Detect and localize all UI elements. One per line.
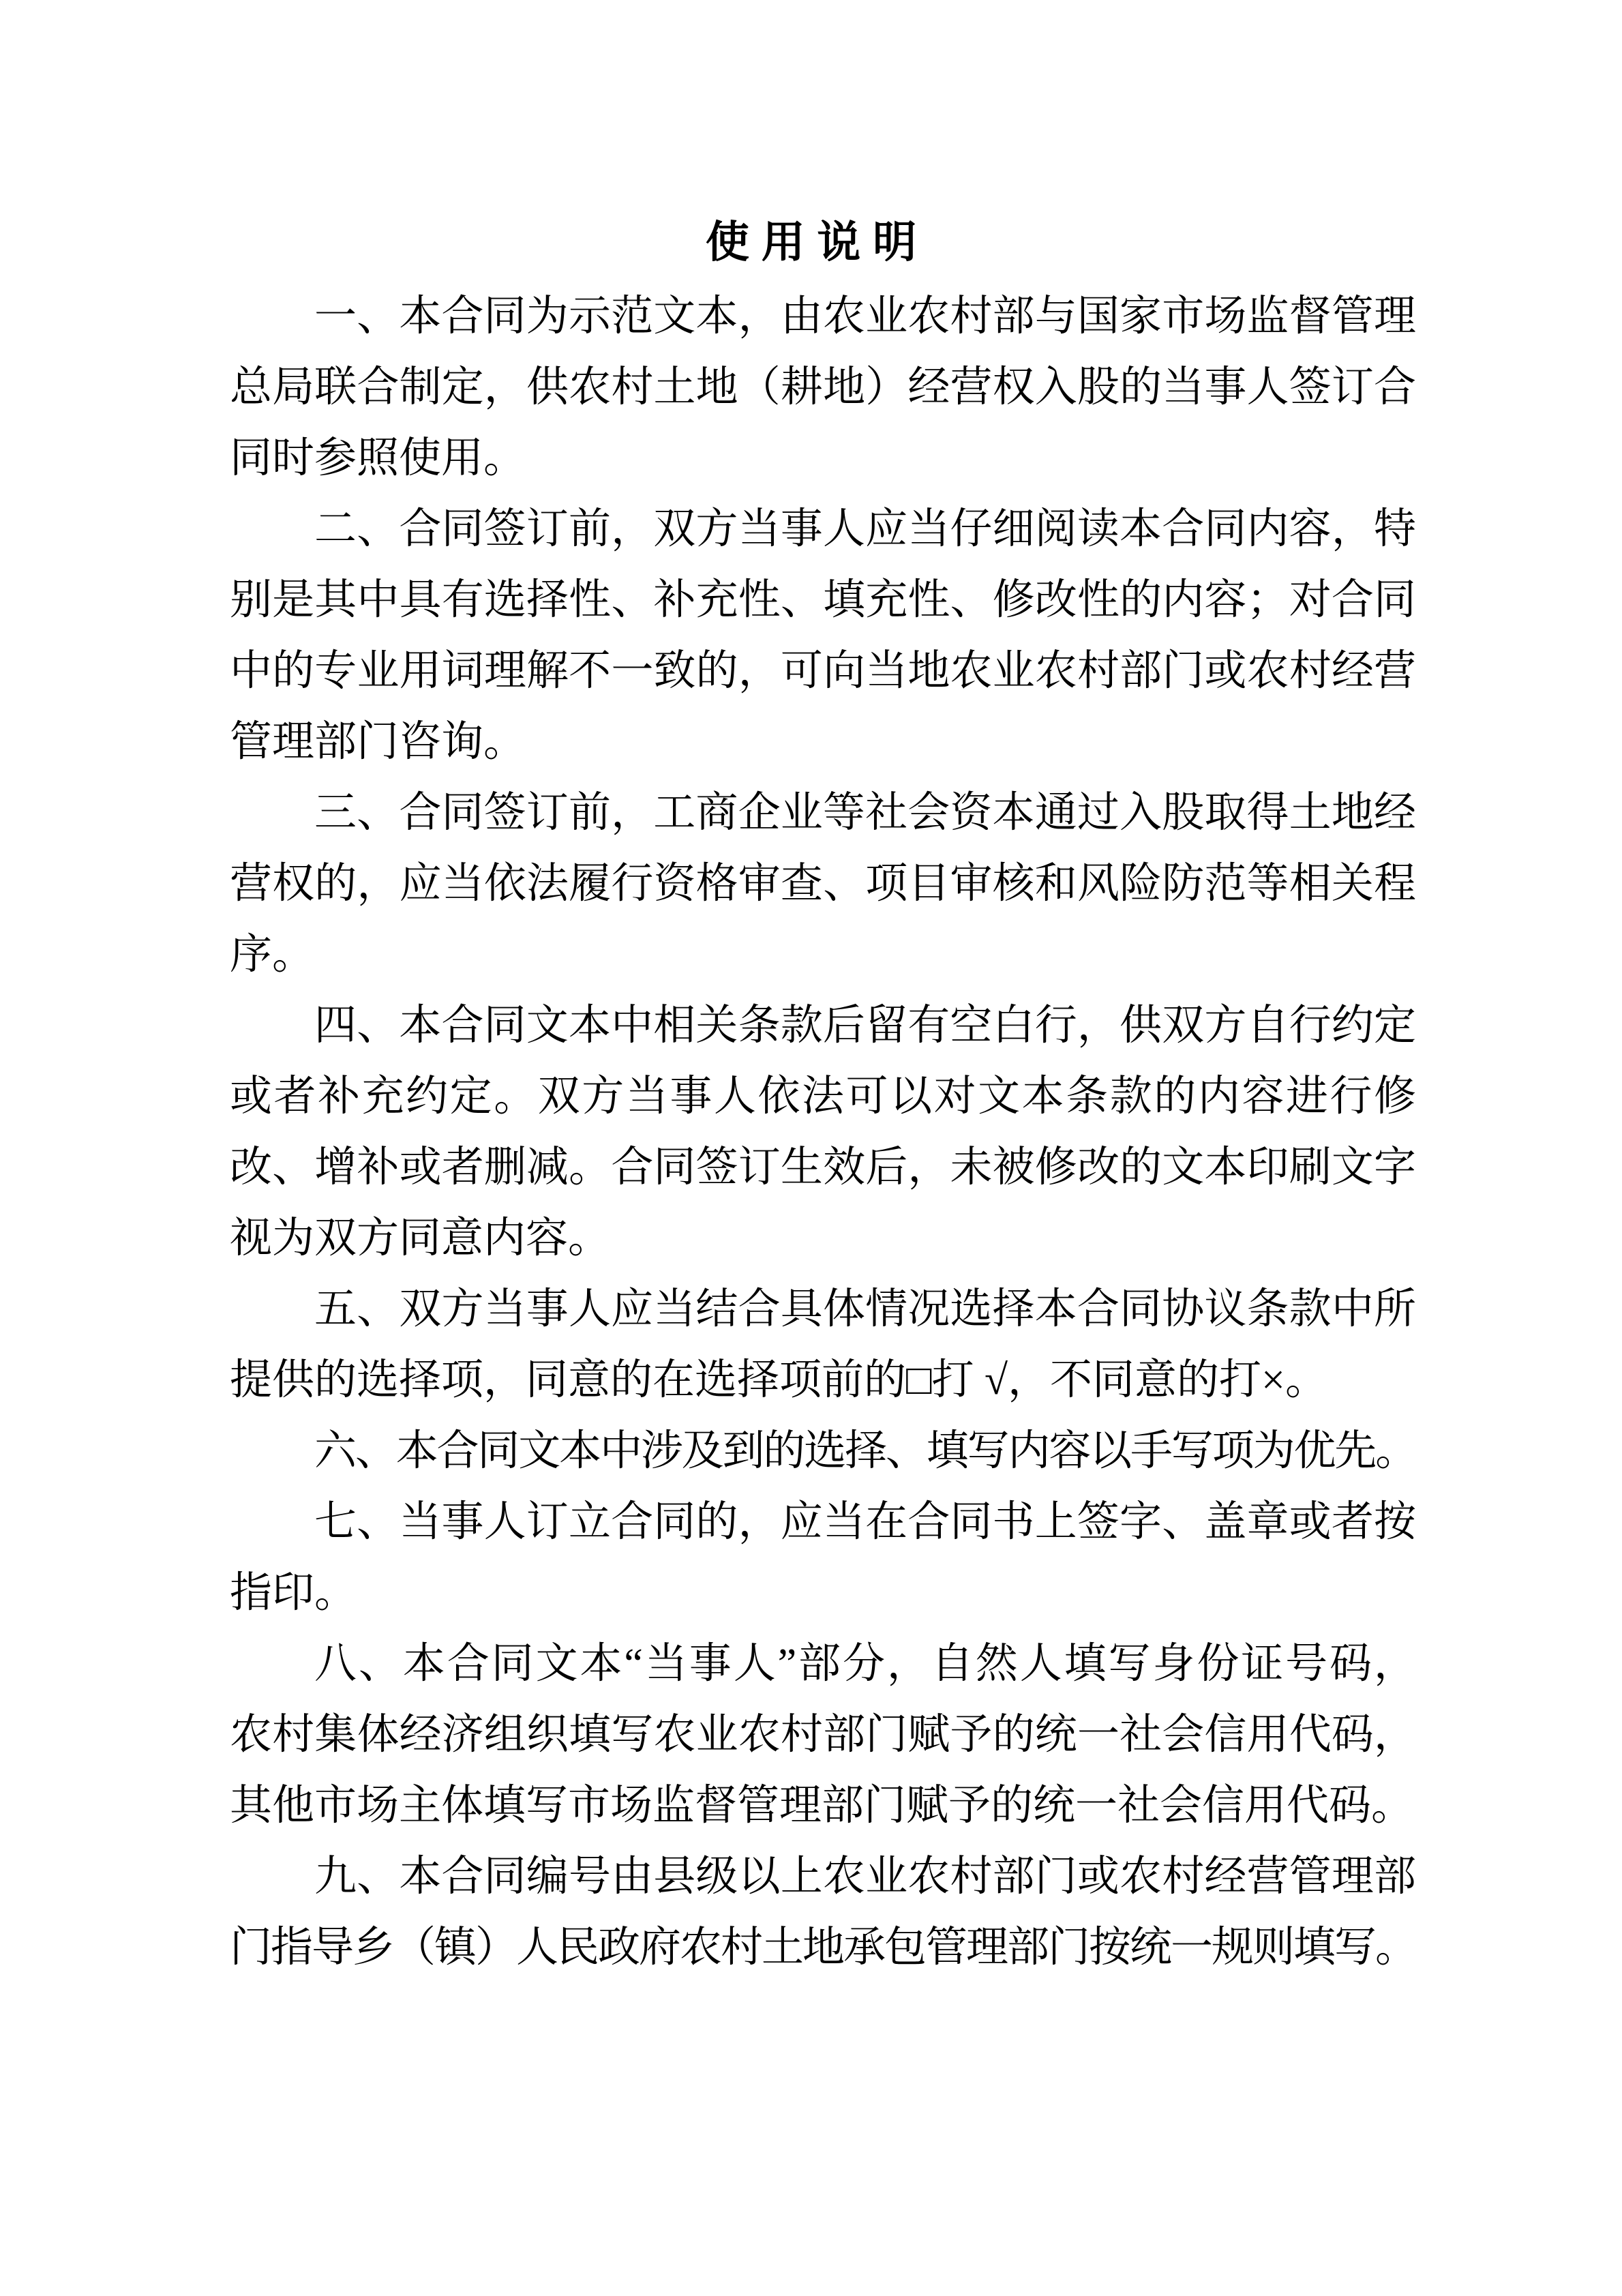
body-line: 其他市场主体填写市场监督管理部门赋予的统一社会信用代码。 bbox=[230, 1770, 1416, 1841]
body-line: 中的专业用词理解不一致的，可向当地农业农村部门或农村经营 bbox=[230, 636, 1416, 706]
body-line: 八、本合同文本“当事人”部分，自然人填写身份证号码， bbox=[230, 1628, 1416, 1699]
body-line: 管理部门咨询。 bbox=[230, 706, 1416, 777]
body-line: 六、本合同文本中涉及到的选择、填写内容以手写项为优先。 bbox=[230, 1416, 1416, 1487]
body-line: 四、本合同文本中相关条款后留有空白行，供双方自行约定 bbox=[230, 990, 1416, 1061]
body-line: 视为双方同意内容。 bbox=[230, 1203, 1416, 1274]
body-line: 或者补充约定。双方当事人依法可以对文本条款的内容进行修 bbox=[230, 1061, 1416, 1132]
body-line: 九、本合同编号由县级以上农业农村部门或农村经营管理部 bbox=[230, 1841, 1416, 1912]
document-page: 使 用 说 明 一、本合同为示范文本，由农业农村部与国家市场监督管理总局联合制定… bbox=[0, 0, 1622, 2296]
body-line: 改、增补或者删减。合同签订生效后，未被修改的文本印刷文字 bbox=[230, 1132, 1416, 1203]
body-line: 同时参照使用。 bbox=[230, 423, 1416, 494]
body-line: 营权的，应当依法履行资格审查、项目审核和风险防范等相关程 bbox=[230, 848, 1416, 919]
body-line: 二、合同签订前，双方当事人应当仔细阅读本合同内容，特 bbox=[230, 494, 1416, 565]
body-line: 五、双方当事人应当结合具体情况选择本合同协议条款中所 bbox=[230, 1274, 1416, 1345]
body-line: 七、当事人订立合同的，应当在合同书上签字、盖章或者按 bbox=[230, 1487, 1416, 1557]
body-line: 总局联合制定，供农村土地（耕地）经营权入股的当事人签订合 bbox=[230, 352, 1416, 423]
body-line: 一、本合同为示范文本，由农业农村部与国家市场监督管理 bbox=[230, 281, 1416, 352]
page-title: 使 用 说 明 bbox=[0, 213, 1622, 271]
body-line: 指印。 bbox=[230, 1557, 1416, 1628]
body-line: 别是其中具有选择性、补充性、填充性、修改性的内容；对合同 bbox=[230, 565, 1416, 636]
body-line: 序。 bbox=[230, 919, 1416, 990]
body-line: 提供的选择项，同意的在选择项前的□打 √，不同意的打×。 bbox=[230, 1345, 1416, 1416]
body-line: 三、合同签订前，工商企业等社会资本通过入股取得土地经 bbox=[230, 777, 1416, 848]
body-line: 门指导乡（镇）人民政府农村土地承包管理部门按统一规则填写。 bbox=[230, 1912, 1416, 1983]
instructions-body: 一、本合同为示范文本，由农业农村部与国家市场监督管理总局联合制定，供农村土地（耕… bbox=[230, 281, 1416, 1983]
body-line: 农村集体经济组织填写农业农村部门赋予的统一社会信用代码， bbox=[230, 1699, 1416, 1770]
